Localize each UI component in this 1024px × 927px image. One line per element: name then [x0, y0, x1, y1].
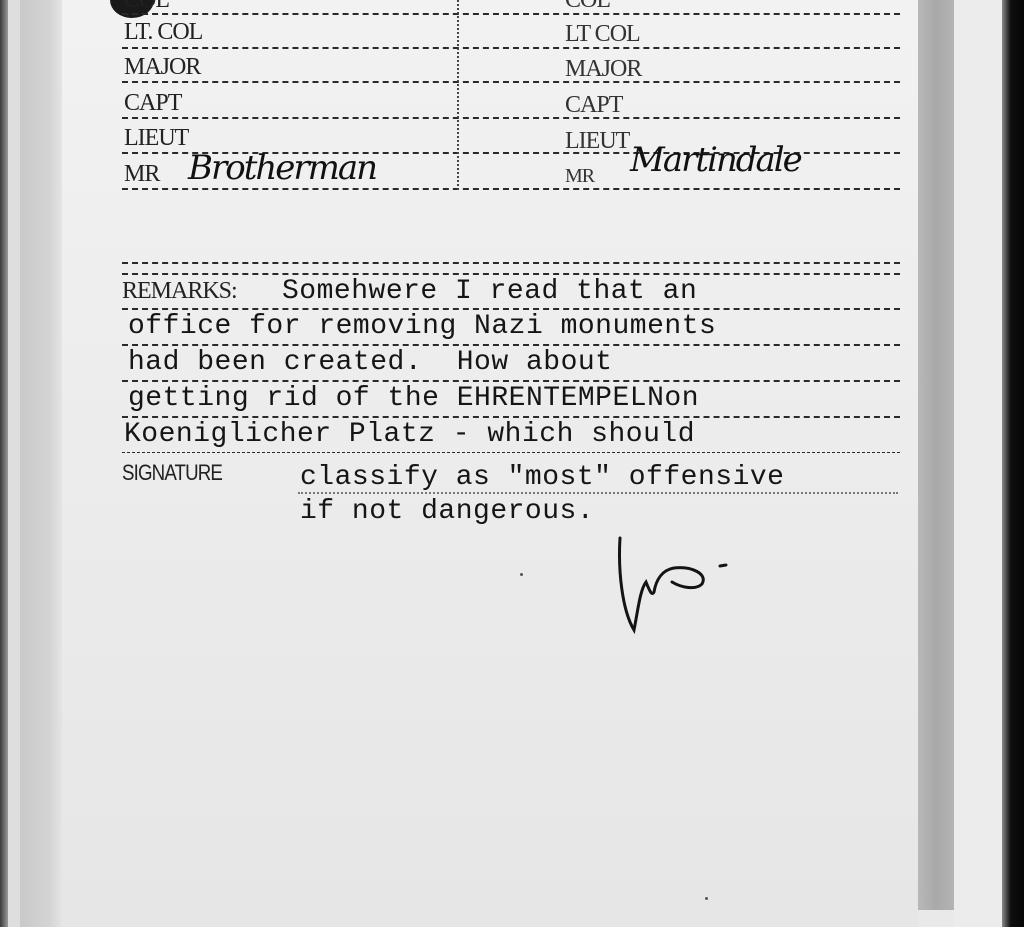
- rank-rule: [122, 13, 900, 15]
- rank-label-ltcol-left: LT. COL: [124, 20, 202, 44]
- rank-label-major-left: MAJOR: [124, 55, 200, 79]
- rank-label-lieut-right: LIEUT: [565, 129, 629, 153]
- paper-speck: [520, 573, 523, 576]
- remarks-rule: [122, 416, 900, 418]
- rank-label-major-right: MAJOR: [565, 57, 641, 81]
- handwritten-name-right: Martindale: [630, 140, 801, 180]
- rank-rule: [122, 188, 900, 190]
- remark-line: had been created. How about: [128, 349, 612, 377]
- remark-line: if not dangerous.: [300, 498, 594, 526]
- rank-label-mr-right: MR: [565, 166, 594, 186]
- rank-rule: [122, 117, 900, 119]
- rank-label-ltcol-right: LT COL: [565, 22, 640, 46]
- paper-shadow-left: [20, 0, 62, 927]
- remark-line: office for removing Nazi monuments: [128, 313, 716, 341]
- film-edge-left-light: [8, 0, 20, 927]
- handwritten-initials: [612, 530, 732, 640]
- remark-line: Koeniglicher Platz - which should: [124, 421, 695, 449]
- remark-line: Somehwere I read that an: [282, 278, 697, 306]
- remarks-top-rule: [122, 273, 900, 275]
- rank-label-mr-left: MR: [124, 162, 159, 186]
- film-edge-right: [1002, 0, 1024, 927]
- signature-label: SIGNATURE: [122, 460, 222, 486]
- rank-label-capt-right: CAPT: [565, 93, 622, 117]
- rank-rule: [122, 81, 900, 83]
- remarks-top-rule: [122, 262, 900, 264]
- film-edge-right-light: [954, 0, 1002, 927]
- rank-label-lieut-left: LIEUT: [124, 126, 188, 150]
- remarks-rule: [122, 452, 900, 453]
- remark-line: classify as "most" offensive: [300, 464, 784, 492]
- remarks-rule: [122, 344, 900, 346]
- remark-line: getting rid of the EHRENTEMPELNon: [128, 385, 699, 413]
- remarks-rule: [122, 308, 900, 310]
- paper-speck: [705, 897, 708, 900]
- handwritten-name-left: Brotherman: [188, 148, 376, 188]
- rank-label-col-left: COL: [124, 0, 169, 12]
- rank-label-col-right: COL: [565, 0, 610, 12]
- remarks-rule: [122, 380, 900, 382]
- paper-shadow-right: [918, 0, 954, 910]
- column-divider: [457, 0, 459, 190]
- film-edge-left: [0, 0, 8, 927]
- rank-label-capt-left: CAPT: [124, 91, 181, 115]
- rank-rule: [122, 47, 900, 49]
- remarks-label: REMARKS:: [122, 278, 237, 305]
